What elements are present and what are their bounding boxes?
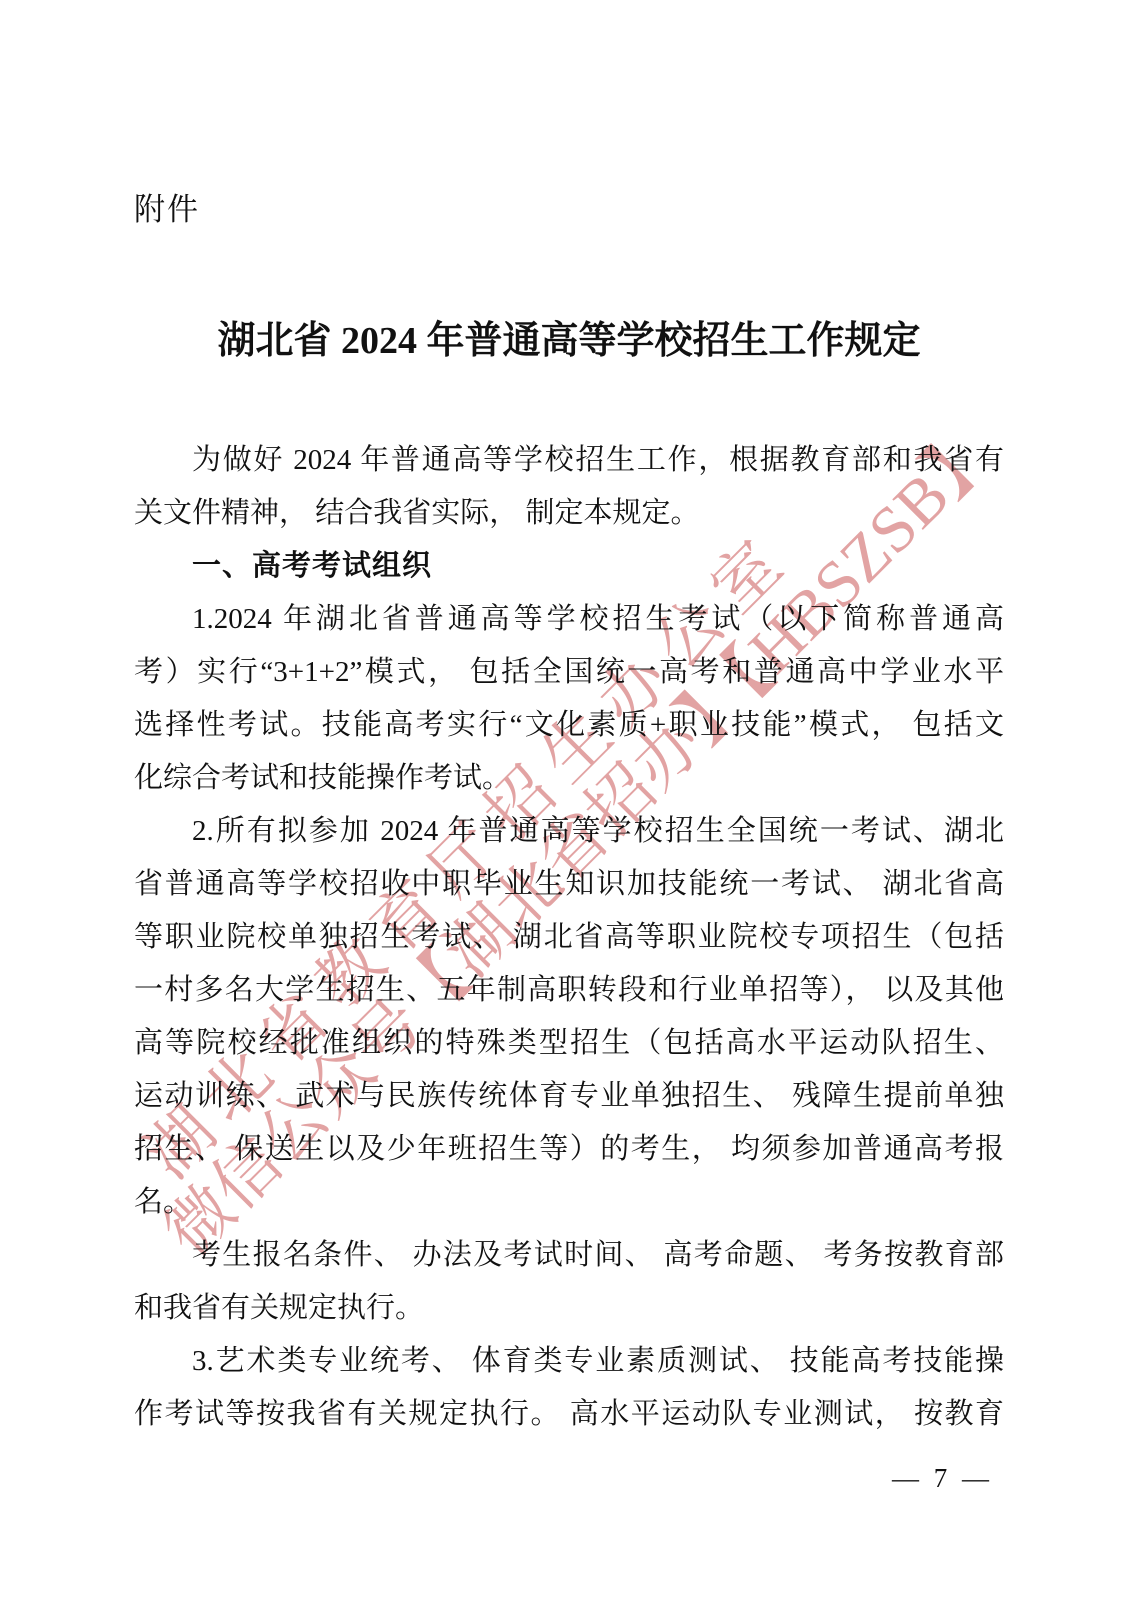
document-title: 湖北省 2024 年普通高等学校招生工作规定 — [134, 318, 1004, 364]
body-text-block: 为做好 2024 年普通高等学校招生工作，根据教育部和我省有 关文件精神， 结合… — [134, 434, 1004, 1441]
body-line: 等职业院校单独招生考试、 湖北省高等职业院校专项招生（包括 — [134, 911, 1004, 964]
body-line: 关文件精神， 结合我省实际， 制定本规定。 — [134, 487, 1004, 540]
body-line: 招生、 保送生以及少年班招生等）的考生， 均须参加普通高考报 — [134, 1123, 1004, 1176]
body-line: 作考试等按我省有关规定执行。 高水平运动队专业测试， 按教育 — [134, 1388, 1004, 1441]
body-line: 考）实行“3+1+2”模式， 包括全国统一高考和普通高中学业水平 — [134, 646, 1004, 699]
body-line: 考生报名条件、 办法及考试时间、 高考命题、 考务按教育部 — [134, 1229, 1004, 1282]
body-line: 为做好 2024 年普通高等学校招生工作，根据教育部和我省有 — [134, 434, 1004, 487]
document-content: 附件 湖北省 2024 年普通高等学校招生工作规定 为做好 2024 年普通高等… — [0, 0, 1131, 1600]
body-line: 2.所有拟参加 2024 年普通高等学校招生全国统一考试、湖北 — [134, 805, 1004, 858]
body-line: 名。 — [134, 1176, 1004, 1229]
body-line: 高等院校经批准组织的特殊类型招生（包括高水平运动队招生、 — [134, 1017, 1004, 1070]
body-line: 选择性考试。技能高考实行“文化素质+职业技能”模式， 包括文 — [134, 699, 1004, 752]
document-page: 湖北省教育厅招生办公室 微信公众号【湖北省招办】【HBSZSB】 附件 湖北省 … — [0, 0, 1131, 1600]
page-number: — 7 — — [892, 1462, 993, 1494]
section-heading: 一、高考考试组织 — [134, 540, 1004, 593]
attachment-label: 附件 — [134, 192, 200, 228]
body-line: 一村多名大学生招生、五年制高职转段和行业单招等）， 以及其他 — [134, 964, 1004, 1017]
body-line: 和我省有关规定执行。 — [134, 1282, 1004, 1335]
body-line: 运动训练、 武术与民族传统体育专业单独招生、 残障生提前单独 — [134, 1070, 1004, 1123]
body-line: 省普通高等学校招收中职毕业生知识加技能统一考试、 湖北省高 — [134, 858, 1004, 911]
body-line: 3.艺术类专业统考、 体育类专业素质测试、 技能高考技能操 — [134, 1335, 1004, 1388]
body-line: 化综合考试和技能操作考试。 — [134, 752, 1004, 805]
body-line: 1.2024 年湖北省普通高等学校招生考试（以下简称普通高 — [134, 593, 1004, 646]
